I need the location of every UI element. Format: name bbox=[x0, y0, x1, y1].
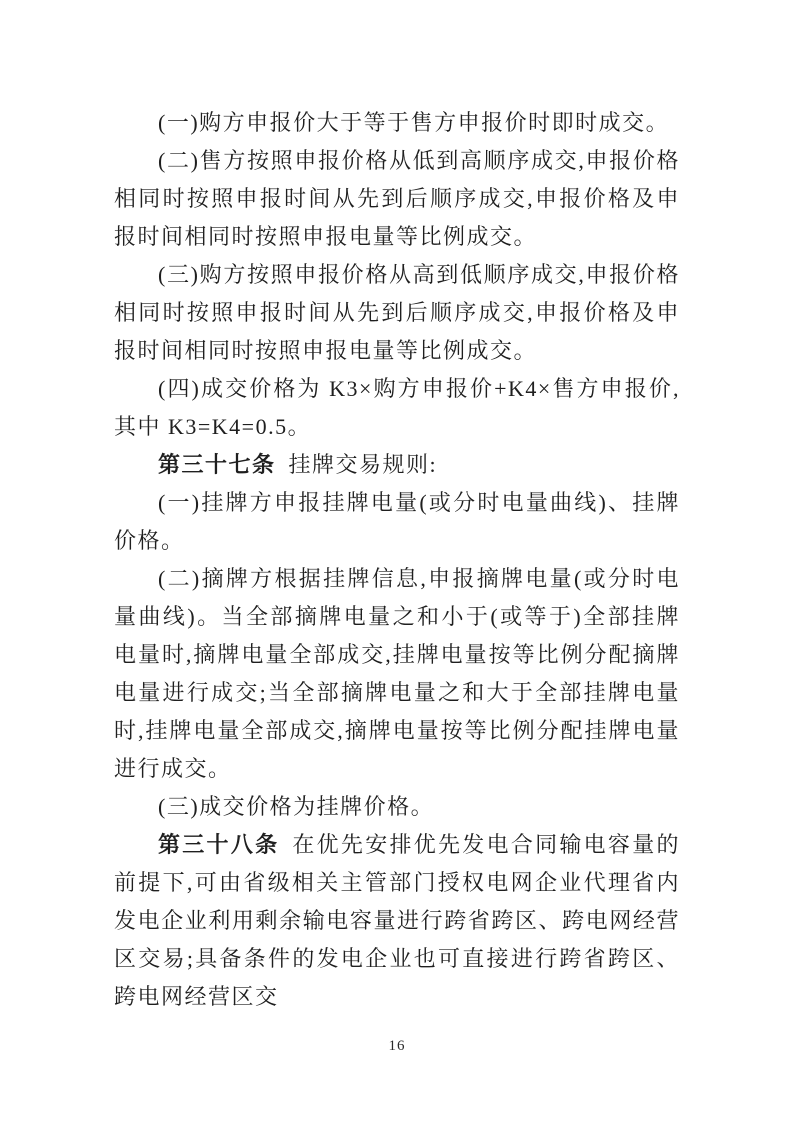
paragraph-text: (三)成交价格为挂牌价格。 bbox=[158, 794, 434, 819]
paragraph-item-2: (二)售方按照申报价格从低到高顺序成交,申报价格相同时按照申报时间从先到后顺序成… bbox=[114, 142, 680, 256]
paragraph-text: (二)摘牌方根据挂牌信息,申报摘牌电量(或分时电量曲线)。当全部摘牌电量之和小于… bbox=[114, 566, 680, 781]
page-number: 16 bbox=[0, 1038, 794, 1055]
paragraph-text: (四)成交价格为 K3×购方申报价+K4×售方申报价,其中 K3=K4=0.5。 bbox=[114, 376, 680, 439]
paragraph-item-1: (一)购方申报价大于等于售方申报价时即时成交。 bbox=[114, 104, 680, 142]
paragraph-item-6: (一)挂牌方申报挂牌电量(或分时电量曲线)、挂牌价格。 bbox=[114, 484, 680, 560]
article-37-heading: 第三十七条挂牌交易规则: bbox=[114, 446, 680, 484]
document-body: (一)购方申报价大于等于售方申报价时即时成交。 (二)售方按照申报价格从低到高顺… bbox=[114, 104, 680, 1016]
paragraph-item-4: (四)成交价格为 K3×购方申报价+K4×售方申报价,其中 K3=K4=0.5。 bbox=[114, 370, 680, 446]
article-38-heading: 第三十八条在优先安排优先发电合同输电容量的前提下,可由省级相关主管部门授权电网企… bbox=[114, 826, 680, 1016]
paragraph-item-8: (三)成交价格为挂牌价格。 bbox=[114, 788, 680, 826]
paragraph-text: (二)售方按照申报价格从低到高顺序成交,申报价格相同时按照申报时间从先到后顺序成… bbox=[114, 148, 680, 249]
paragraph-item-3: (三)购方按照申报价格从高到低顺序成交,申报价格相同时按照申报时间从先到后顺序成… bbox=[114, 256, 680, 370]
paragraph-text: (一)购方申报价大于等于售方申报价时即时成交。 bbox=[158, 110, 669, 135]
document-page: (一)购方申报价大于等于售方申报价时即时成交。 (二)售方按照申报价格从低到高顺… bbox=[0, 0, 794, 1123]
paragraph-text: (一)挂牌方申报挂牌电量(或分时电量曲线)、挂牌价格。 bbox=[114, 490, 680, 553]
paragraph-text: 挂牌交易规则: bbox=[289, 452, 438, 477]
paragraph-item-7: (二)摘牌方根据挂牌信息,申报摘牌电量(或分时电量曲线)。当全部摘牌电量之和小于… bbox=[114, 560, 680, 788]
paragraph-text: (三)购方按照申报价格从高到低顺序成交,申报价格相同时按照申报时间从先到后顺序成… bbox=[114, 262, 680, 363]
article-number: 第三十八条 bbox=[158, 832, 279, 857]
paragraph-text: 在优先安排优先发电合同输电容量的前提下,可由省级相关主管部门授权电网企业代理省内… bbox=[114, 832, 680, 1009]
article-number: 第三十七条 bbox=[158, 452, 276, 477]
